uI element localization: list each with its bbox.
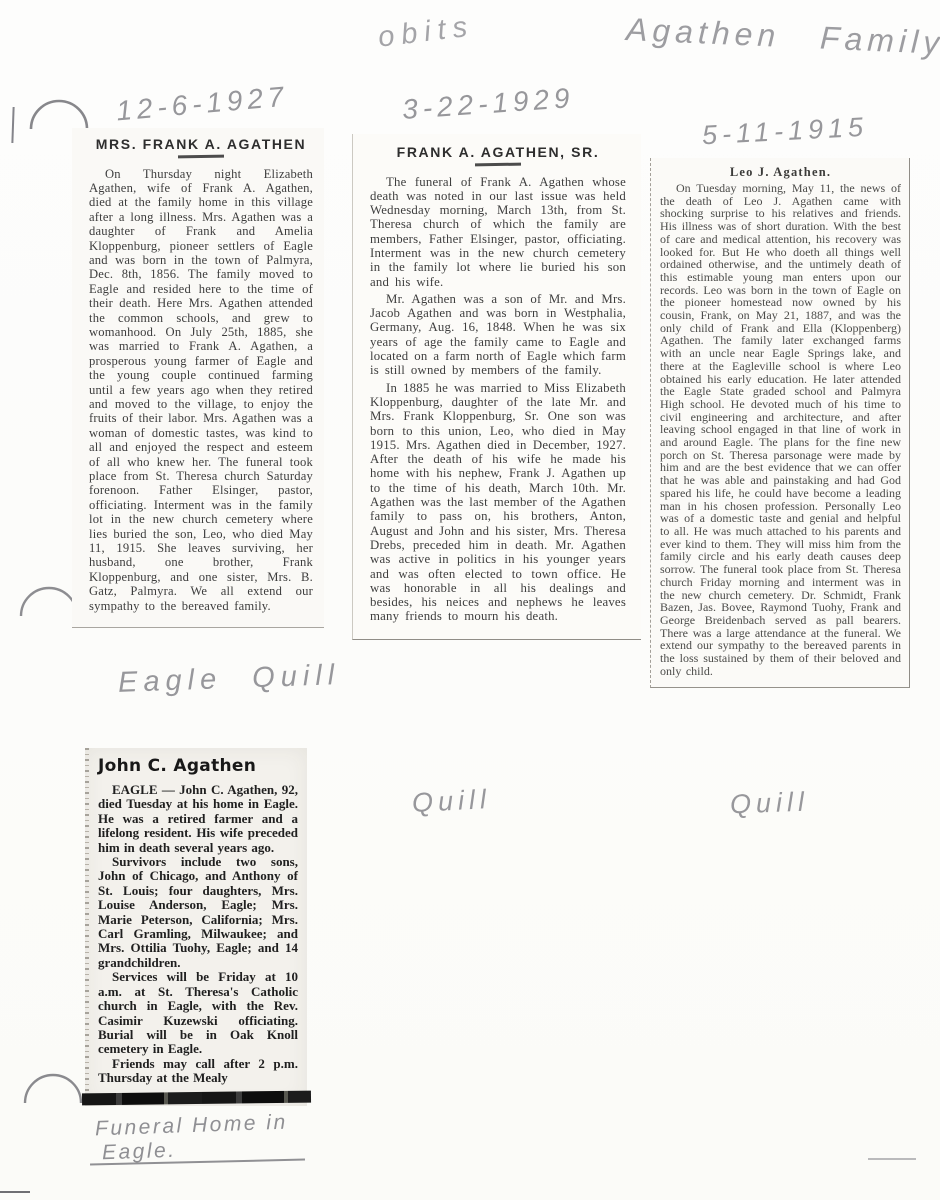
obituary-body: The funeral of Frank A. Agathen whose de… (370, 175, 626, 624)
obituary-paragraph: On Thursday night Elizabeth Agathen, wif… (89, 167, 313, 614)
hole-punch-mark (28, 98, 90, 132)
clipping-frank-agathen-sr: FRANK A. AGATHEN, SR. The funeral of Fra… (352, 134, 641, 640)
obituary-body: On Tuesday morning, May 11, the news of … (660, 182, 901, 677)
annotation-date-right: 5-11-1915 (701, 112, 868, 152)
annotation-funeral-home-line2: Eagle. (102, 1139, 177, 1166)
annotation-date-left: 12-6-1927 (115, 81, 290, 128)
obituary-headline: Leo J. Agathen. (660, 165, 901, 180)
annotation-family-label: Agathen Family (625, 11, 940, 62)
obituary-paragraph: On Tuesday morning, May 11, the news of … (660, 182, 901, 677)
torn-edge-speckle (85, 748, 89, 1106)
obituary-headline: FRANK A. AGATHEN, SR. (370, 144, 626, 160)
torn-edge-strip (82, 1090, 311, 1105)
clipping-mrs-frank-agathen: MRS. FRANK A. AGATHEN On Thursday night … (72, 128, 324, 628)
obituary-paragraph: Survivors include two sons, John of Chic… (98, 855, 298, 970)
hole-punch-mark (22, 1072, 84, 1106)
obituary-paragraph: Mr. Agathen was a son of Mr. and Mrs. Ja… (370, 292, 626, 378)
obituary-paragraph: The funeral of Frank A. Agathen whose de… (370, 175, 626, 289)
annotation-source-eagle-quill: Eagle Quill (117, 659, 340, 700)
annotation-source-quill-middle: Quill (411, 784, 492, 819)
headline-rule (178, 155, 224, 158)
annotation-funeral-home-line1: Funeral Home in (95, 1111, 288, 1142)
obituary-body: On Thursday night Elizabeth Agathen, wif… (89, 167, 313, 614)
obituary-body: EAGLE — John C. Agathen, 92, died Tuesda… (98, 783, 298, 1086)
obituary-headline: MRS. FRANK A. AGATHEN (89, 136, 313, 152)
clipping-leo-agathen: Leo J. Agathen. On Tuesday morning, May … (650, 158, 910, 688)
obituary-paragraph: In 1885 he was married to Miss Elizabeth… (370, 381, 626, 624)
scanned-page: obits Agathen Family 12-6-1927 3-22-1929… (0, 0, 940, 1200)
pencil-mark (0, 1191, 30, 1193)
pencil-mark (11, 107, 14, 143)
annotation-obits: obits (376, 10, 476, 54)
annotation-date-middle: 3-22-1929 (401, 82, 575, 126)
obituary-headline: John C. Agathen (98, 756, 298, 776)
obituary-paragraph: Services will be Friday at 10 a.m. at St… (98, 970, 298, 1056)
hole-punch-mark (18, 585, 80, 619)
annotation-source-quill-right: Quill (729, 787, 809, 821)
pencil-mark (868, 1158, 916, 1160)
headline-rule (475, 163, 521, 166)
clipping-john-agathen: John C. Agathen EAGLE — John C. Agathen,… (85, 748, 307, 1106)
obituary-paragraph: EAGLE — John C. Agathen, 92, died Tuesda… (98, 783, 298, 855)
obituary-paragraph: Friends may call after 2 p.m. Thursday a… (98, 1057, 298, 1086)
